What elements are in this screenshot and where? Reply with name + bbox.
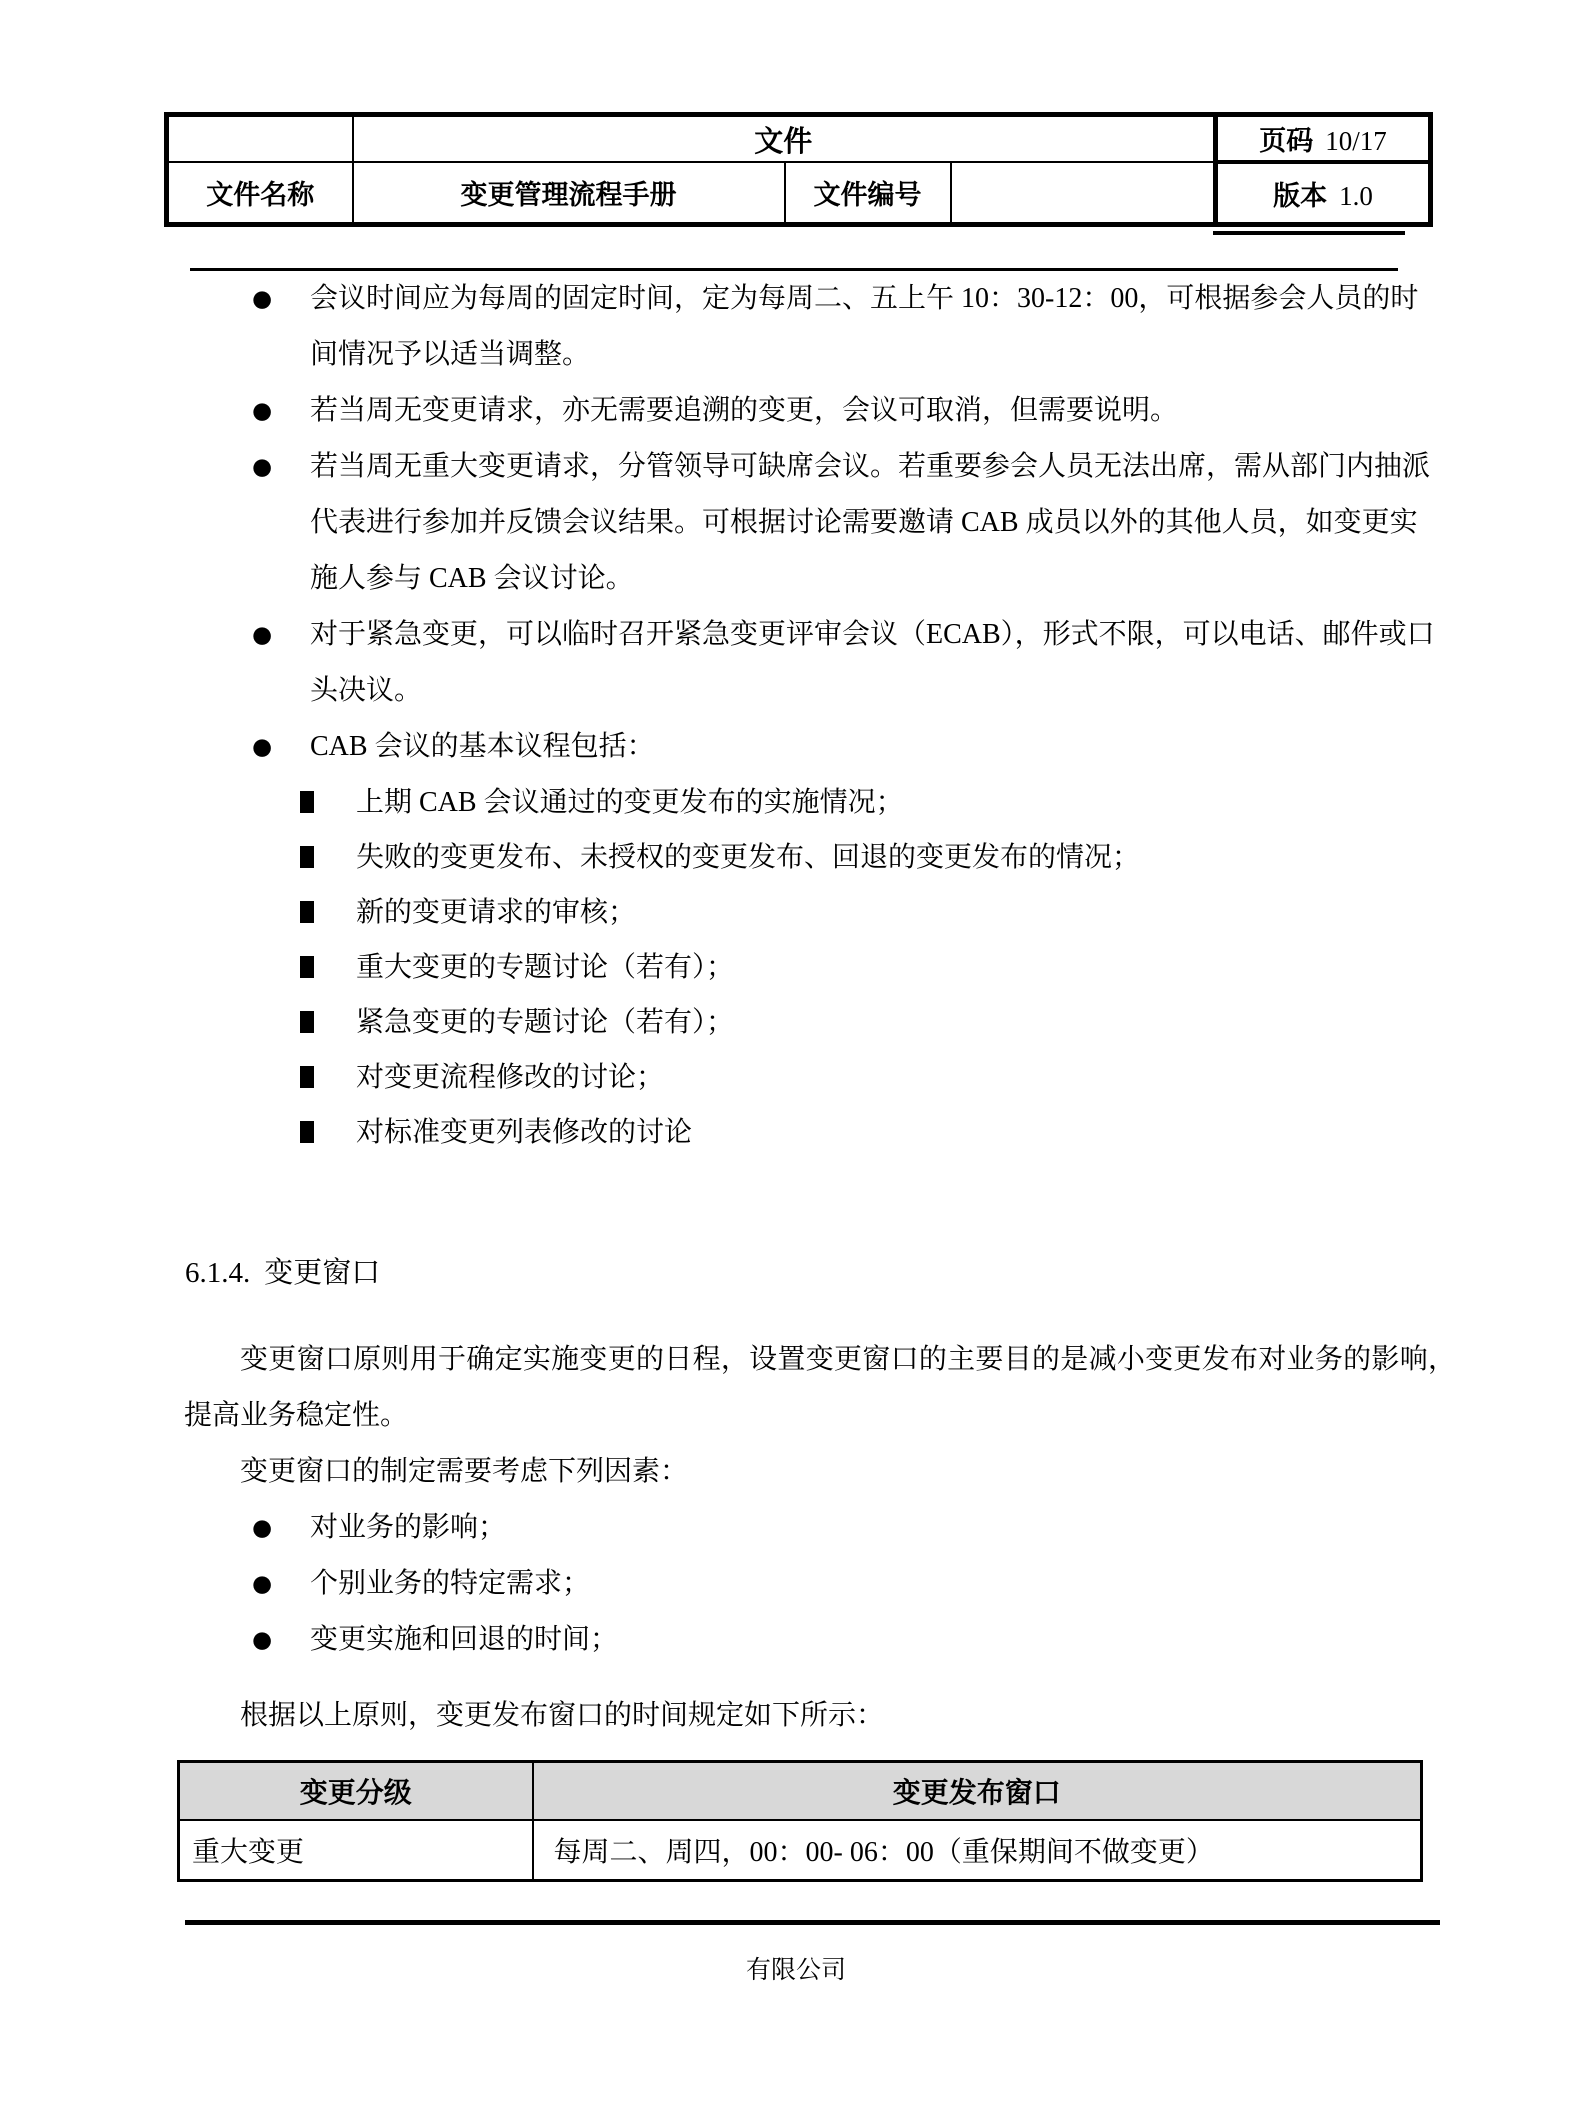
sub-bullet-text: 对变更流程修改的讨论； [356, 1050, 1456, 1105]
square-bullet-icon [300, 830, 356, 885]
bullet-item: ● 变更实施和回退的时间； [252, 1612, 1456, 1668]
bullet-item: ● 个别业务的特定需求； [252, 1556, 1456, 1612]
bullet-text: CAB 会议的基本议程包括： [310, 719, 1436, 775]
sub-bullet-text: 失败的变更发布、未授权的变更发布、回退的变更发布的情况； [356, 830, 1456, 885]
sub-bullet-text: 上期 CAB 会议通过的变更发布的实施情况； [356, 775, 1456, 830]
sub-bullet-text: 对标准变更列表修改的讨论 [356, 1105, 1456, 1160]
bullet-text: 会议时间应为每周的固定时间，定为每周二、五上午 10：30-12：00，可根据参… [310, 271, 1436, 383]
bullet-text: 变更实施和回退的时间； [310, 1612, 1436, 1668]
file-name-value: 变更管理流程手册 [353, 162, 785, 225]
sub-bullet-item: 新的变更请求的审核； [300, 885, 1456, 940]
sub-bullet-text: 紧急变更的专题讨论（若有）； [356, 995, 1456, 1050]
section-title: 变更窗口 [264, 1257, 380, 1289]
bullet-text: 若当周无变更请求，亦无需要追溯的变更，会议可取消，但需要说明。 [310, 383, 1436, 439]
square-bullet-icon [300, 775, 356, 830]
circle-bullet-icon: ● [252, 271, 310, 383]
square-bullet-icon [300, 940, 356, 995]
bullet-text: 对于紧急变更，可以临时召开紧急变更评审会议（ECAB），形式不限，可以电话、邮件… [310, 607, 1436, 719]
page-label: 页码 [1259, 126, 1313, 156]
square-bullet-icon [300, 995, 356, 1050]
header-underline-mark [1213, 231, 1405, 235]
version-value: 1.0 [1339, 181, 1373, 211]
file-name-label: 文件名称 [167, 162, 353, 225]
sub-bullet-text: 重大变更的专题讨论（若有）； [356, 940, 1456, 995]
section-heading: 6.1.4.变更窗口 [185, 1245, 1456, 1301]
circle-bullet-icon: ● [252, 607, 310, 719]
bullet-item: ● CAB 会议的基本议程包括： [252, 719, 1456, 775]
sub-bullet-item: 失败的变更发布、未授权的变更发布、回退的变更发布的情况； [300, 830, 1456, 885]
sub-bullet-item: 紧急变更的专题讨论（若有）； [300, 995, 1456, 1050]
bullet-item: ● 对业务的影响； [252, 1500, 1456, 1556]
page-value: 10/17 [1325, 126, 1387, 156]
circle-bullet-icon: ● [252, 1556, 310, 1612]
document-header-table: 文件 页码10/17 文件名称 变更管理流程手册 文件编号 版本1.0 [164, 112, 1433, 227]
bullet-text: 若当周无重大变更请求，分管领导可缺席会议。若重要参会人员无法出席，需从部门内抽派… [310, 439, 1436, 607]
circle-bullet-icon: ● [252, 1612, 310, 1668]
bullet-text: 个别业务的特定需求； [310, 1556, 1436, 1612]
sub-bullet-text: 新的变更请求的审核； [356, 885, 1456, 940]
bullet-item: ● 会议时间应为每周的固定时间，定为每周二、五上午 10：30-12：00，可根… [252, 271, 1456, 383]
version-label: 版本 [1273, 181, 1327, 211]
column-header-change-level: 变更分级 [179, 1762, 533, 1821]
circle-bullet-icon: ● [252, 439, 310, 607]
paragraph: 变更窗口原则用于确定实施变更的日程，设置变更窗口的主要目的是减小变更发布对业务的… [184, 1332, 1456, 1444]
release-window-cell: 每周二、周四，00：00- 06：00（重保期间不做变更） [533, 1820, 1422, 1881]
bullet-item: ● 对于紧急变更，可以临时召开紧急变更评审会议（ECAB），形式不限，可以电话、… [252, 607, 1456, 719]
document-type-title: 文件 [353, 115, 1216, 163]
sub-bullet-item: 重大变更的专题讨论（若有）； [300, 940, 1456, 995]
table-intro-text: 根据以上原则，变更发布窗口的时间规定如下所示： [184, 1688, 1456, 1743]
circle-bullet-icon: ● [252, 1500, 310, 1556]
bullet-text: 对业务的影响； [310, 1500, 1436, 1556]
footer-divider-line [185, 1920, 1440, 1925]
sub-bullet-item: 上期 CAB 会议通过的变更发布的实施情况； [300, 775, 1456, 830]
table-row: 重大变更 每周二、周四，00：00- 06：00（重保期间不做变更） [179, 1820, 1422, 1881]
document-page: 文件 页码10/17 文件名称 变更管理流程手册 文件编号 版本1.0 ● 会议… [0, 0, 1586, 2117]
bullet-item: ● 若当周无重大变更请求，分管领导可缺席会议。若重要参会人员无法出席，需从部门内… [252, 439, 1456, 607]
file-number-value [951, 162, 1216, 225]
version-cell: 版本1.0 [1216, 162, 1431, 225]
circle-bullet-icon: ● [252, 383, 310, 439]
change-window-table: 变更分级 变更发布窗口 重大变更 每周二、周四，00：00- 06：00（重保期… [177, 1760, 1423, 1882]
footer-company-name: 有限公司 [164, 1953, 1428, 1989]
column-header-release-window: 变更发布窗口 [533, 1762, 1422, 1821]
sub-bullet-item: 对变更流程修改的讨论； [300, 1050, 1456, 1105]
square-bullet-icon [300, 1050, 356, 1105]
change-level-cell: 重大变更 [179, 1820, 533, 1881]
file-number-label: 文件编号 [785, 162, 951, 225]
bullet-item: ● 若当周无变更请求，亦无需要追溯的变更，会议可取消，但需要说明。 [252, 383, 1456, 439]
section-number: 6.1.4. [185, 1257, 250, 1289]
sub-bullet-item: 对标准变更列表修改的讨论 [300, 1105, 1456, 1160]
header-empty-cell [167, 115, 353, 163]
document-header: 文件 页码10/17 文件名称 变更管理流程手册 文件编号 版本1.0 [164, 112, 1456, 227]
page-number-cell: 页码10/17 [1216, 115, 1431, 163]
square-bullet-icon [300, 885, 356, 940]
square-bullet-icon [300, 1105, 356, 1160]
paragraph: 变更窗口的制定需要考虑下列因素： [184, 1444, 1456, 1500]
circle-bullet-icon: ● [252, 719, 310, 775]
